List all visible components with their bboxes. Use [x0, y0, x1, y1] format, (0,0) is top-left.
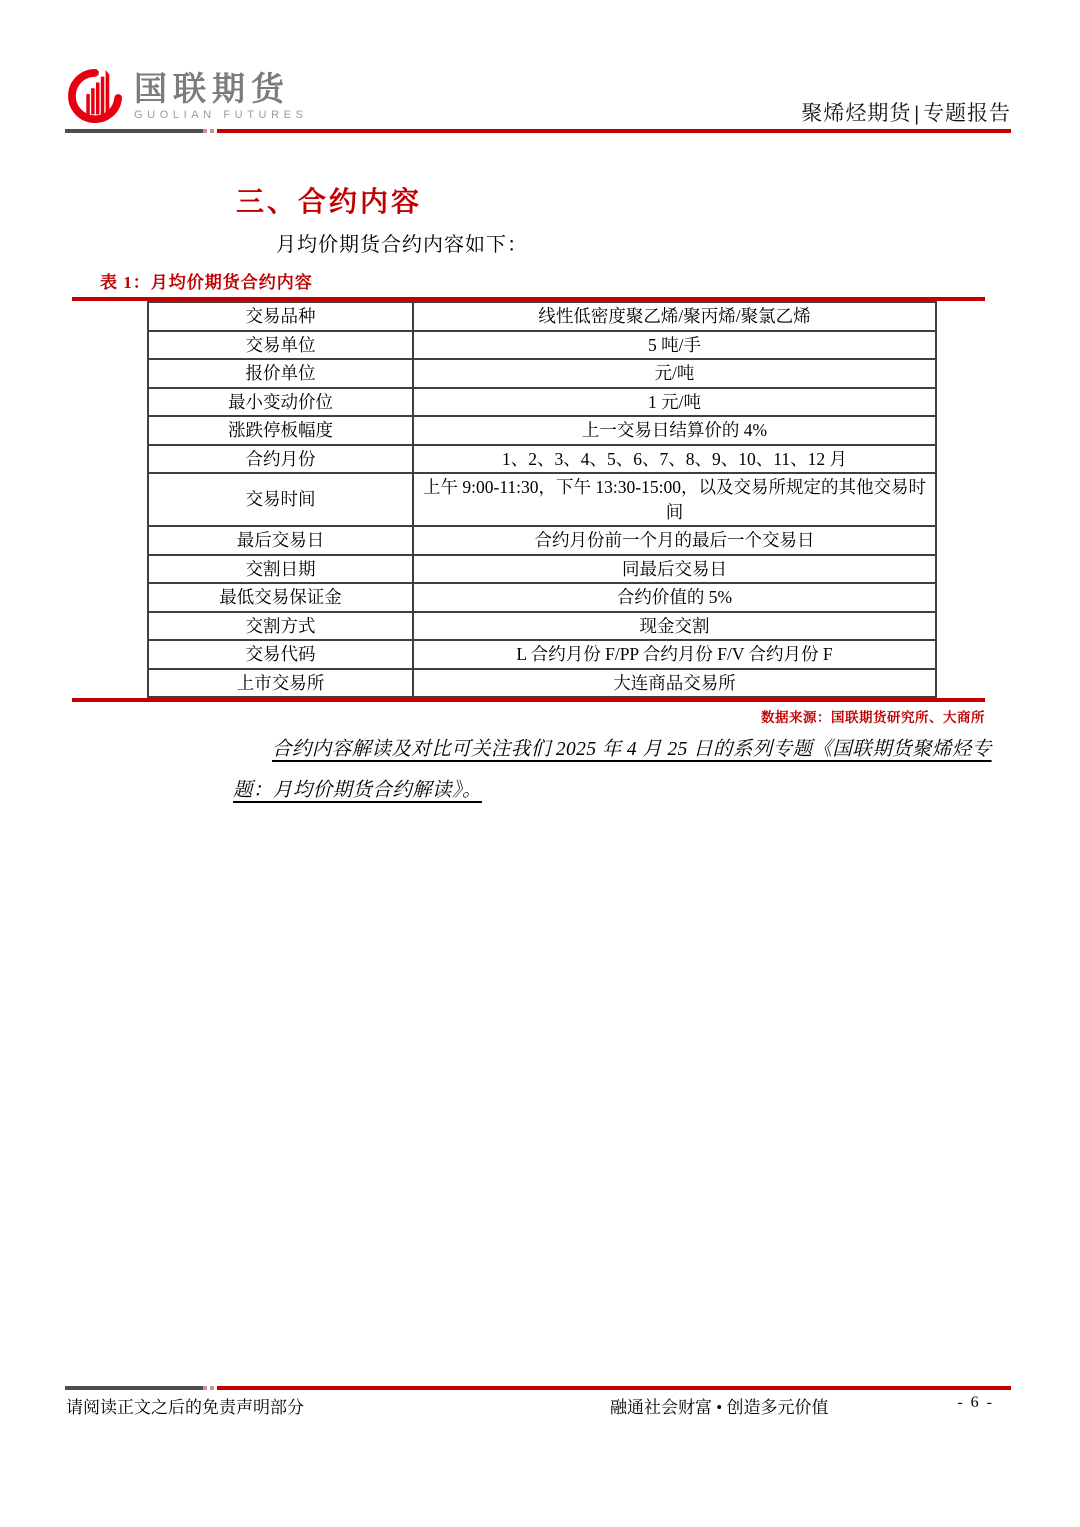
- table-row: 交易时间上午 9:00-11:30，下午 13:30-15:00，以及交易所规定…: [148, 473, 936, 526]
- row-label: 交割方式: [148, 612, 413, 641]
- table-row: 最后交易日合约月份前一个月的最后一个交易日: [148, 526, 936, 555]
- row-value: 上午 9:00-11:30，下午 13:30-15:00，以及交易所规定的其他交…: [413, 473, 936, 526]
- row-label: 最后交易日: [148, 526, 413, 555]
- contract-table: 交易品种线性低密度聚乙烯/聚丙烯/聚氯乙烯 交易单位5 吨/手 报价单位元/吨 …: [147, 301, 937, 698]
- report-kind: 专题报告: [923, 101, 1011, 125]
- row-label: 交易单位: [148, 331, 413, 360]
- table-row: 交易单位5 吨/手: [148, 331, 936, 360]
- row-value: 1、2、3、4、5、6、7、8、9、10、11、12 月: [413, 445, 936, 474]
- table-row: 最低交易保证金合约价值的 5%: [148, 583, 936, 612]
- row-label: 最低交易保证金: [148, 583, 413, 612]
- row-label: 最小变动价位: [148, 388, 413, 417]
- table-row: 交割方式现金交割: [148, 612, 936, 641]
- table-row: 上市交易所大连商品交易所: [148, 669, 936, 698]
- row-value: 大连商品交易所: [413, 669, 936, 698]
- row-value: 合约月份前一个月的最后一个交易日: [413, 526, 936, 555]
- table-row: 合约月份1、2、3、4、5、6、7、8、9、10、11、12 月: [148, 445, 936, 474]
- row-value: 5 吨/手: [413, 331, 936, 360]
- row-value: 同最后交易日: [413, 555, 936, 584]
- row-value: 元/吨: [413, 359, 936, 388]
- page-number: - 6 -: [957, 1394, 994, 1412]
- table-row: 交割日期同最后交易日: [148, 555, 936, 584]
- row-label: 合约月份: [148, 445, 413, 474]
- table-row: 交易品种线性低密度聚乙烯/聚丙烯/聚氯乙烯: [148, 302, 936, 331]
- row-label: 交易品种: [148, 302, 413, 331]
- table-caption: 表 1：月均价期货合约内容: [72, 268, 985, 297]
- header-divider: [65, 129, 1011, 133]
- table-bottom-rule: [72, 698, 985, 702]
- footer-divider: [65, 1386, 1011, 1390]
- company-logo: 国联期货 GUOLIAN FUTURES: [66, 68, 308, 124]
- row-label: 报价单位: [148, 359, 413, 388]
- logo-name-en: GUOLIAN FUTURES: [134, 109, 308, 121]
- row-label: 涨跌停板幅度: [148, 416, 413, 445]
- row-value: 合约价值的 5%: [413, 583, 936, 612]
- intro-paragraph: 月均价期货合约内容如下：: [276, 228, 528, 257]
- table-row: 交易代码L 合约月份 F/PP 合约月份 F/V 合约月份 F: [148, 640, 936, 669]
- footer-slogan: 融通社会财富 • 创造多元价值: [610, 1393, 828, 1418]
- report-page: 国联期货 GUOLIAN FUTURES 聚烯烃期货|专题报告 三、合约内容 月…: [0, 0, 1080, 1527]
- table-row: 最小变动价位1 元/吨: [148, 388, 936, 417]
- report-type-header: 聚烯烃期货|专题报告: [801, 97, 1011, 127]
- section-title: 三、合约内容: [236, 180, 422, 220]
- footer-disclaimer: 请阅读正文之后的免责声明部分: [66, 1393, 304, 1418]
- report-category: 聚烯烃期货: [801, 101, 911, 125]
- data-source-note: 数据来源：国联期货研究所、大商所: [72, 706, 985, 726]
- row-label: 交割日期: [148, 555, 413, 584]
- row-label: 上市交易所: [148, 669, 413, 698]
- guolian-logo-icon: [66, 68, 124, 124]
- row-value: 现金交割: [413, 612, 936, 641]
- note-paragraph: 合约内容解读及对比可关注我们 2025 年 4 月 25 日的系列专题《国联期货…: [233, 729, 1017, 811]
- contract-table-block: 表 1：月均价期货合约内容 交易品种线性低密度聚乙烯/聚丙烯/聚氯乙烯 交易单位…: [72, 268, 985, 726]
- row-value: 1 元/吨: [413, 388, 936, 417]
- table-row: 涨跌停板幅度上一交易日结算价的 4%: [148, 416, 936, 445]
- row-value: 线性低密度聚乙烯/聚丙烯/聚氯乙烯: [413, 302, 936, 331]
- logo-name-cn: 国联期货: [134, 72, 308, 105]
- row-label: 交易时间: [148, 473, 413, 526]
- row-value: L 合约月份 F/PP 合约月份 F/V 合约月份 F: [413, 640, 936, 669]
- note-block: 合约内容解读及对比可关注我们 2025 年 4 月 25 日的系列专题《国联期货…: [233, 729, 1017, 811]
- header-separator: |: [911, 101, 923, 125]
- row-label: 交易代码: [148, 640, 413, 669]
- table-row: 报价单位元/吨: [148, 359, 936, 388]
- row-value: 上一交易日结算价的 4%: [413, 416, 936, 445]
